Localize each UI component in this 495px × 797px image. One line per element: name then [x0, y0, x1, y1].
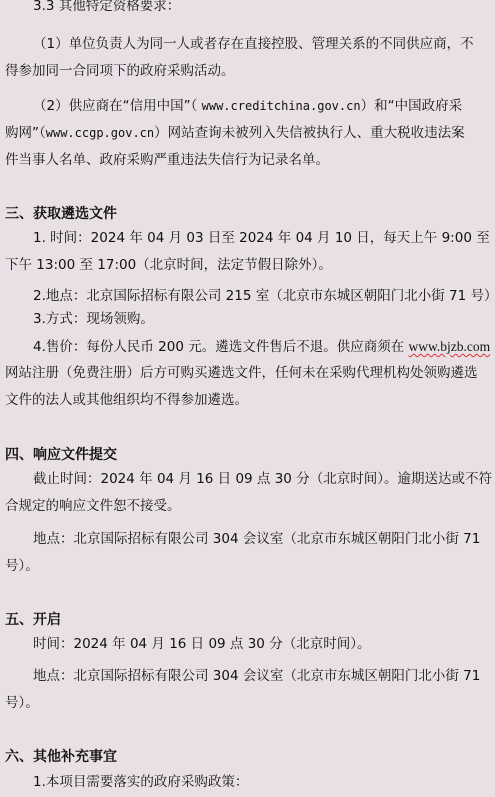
section-4-heading: 四、响应文件提交	[5, 446, 117, 464]
obtain-location: 2.地点：北京国际招标有限公司 215 室（北京市东城区朝阳门北小街 71 号）	[33, 287, 495, 305]
obtain-time-line-2: 下午 13:00 至 17:00（北京时间，法定节假日除外）。	[5, 256, 332, 274]
submission-location-line-1: 地点：北京国际招标有限公司 304 会议室（北京市东城区朝阳门北小街 71	[33, 530, 480, 548]
price-line-3: 文件的法人或其他组织均不得参加遴选。	[5, 391, 248, 409]
requirement-2-text-a: （2）供应商在“信用中国”（	[33, 98, 202, 114]
section-6-heading: 六、其他补充事宜	[5, 748, 117, 766]
submission-deadline-line-2: 合规定的响应文件恕不接受。	[5, 497, 181, 515]
opening-location-line-2: 号）。	[5, 694, 39, 712]
bjzb-url: www.bjzb.com	[409, 339, 491, 354]
section-3-3-title: 3.3 其他特定资格要求：	[33, 0, 180, 15]
creditchina-url: www.creditchina.gov.cn	[202, 99, 361, 113]
opening-location-line-1: 地点：北京国际招标有限公司 304 会议室（北京市东城区朝阳门北小街 71	[33, 667, 480, 685]
price-line-2: 网站注册（免费注册）后方可购买遴选文件，任何未在采购代理机构处领购遴选	[5, 364, 478, 382]
policy-item-1: 1.本项目需要落实的政府采购政策：	[33, 773, 248, 791]
ccgp-url: www.ccgp.gov.cn	[46, 126, 154, 140]
requirement-1-line-2: 得参加同一合同项下的政府采购活动。	[5, 62, 235, 80]
section-3-heading: 三、获取遴选文件	[5, 205, 117, 223]
requirement-2-text-d: ）网站查询未被列入失信被执行人、重大税收违法案	[154, 125, 465, 141]
requirement-1-line-1: （1）单位负责人为同一人或者存在直接控股、管理关系的不同供应商，不	[33, 35, 474, 53]
obtain-time-line-1: 1. 时间：2024 年 04 月 03 日至 2024 年 04 月 10 日…	[33, 229, 495, 247]
opening-time: 时间：2024 年 04 月 16 日 09 点 30 分（北京时间）。	[33, 635, 370, 653]
requirement-2-text-b: ）和“中国政府采	[361, 98, 463, 114]
section-5-heading: 五、开启	[5, 611, 61, 629]
requirement-2-line-2: 购网”（www.ccgp.gov.cn）网站查询未被列入失信被执行人、重大税收违…	[5, 124, 465, 142]
price-text: 4.售价：每份人民币 200 元。遴选文件售后不退。供应商须在	[33, 339, 409, 355]
submission-deadline-line-1: 截止时间：2024 年 04 月 16 日 09 点 30 分（北京时间）。逾期…	[33, 470, 492, 488]
requirement-2-text-c: 购网”（	[5, 125, 46, 141]
obtain-method: 3.方式：现场领购。	[33, 310, 154, 328]
submission-location-line-2: 号）。	[5, 557, 39, 575]
price-line-1: 4.售价：每份人民币 200 元。遴选文件售后不退。供应商须在 www.bjzb…	[33, 338, 490, 356]
requirement-2-line-3: 件当事人名单、政府采购严重违法失信行为记录名单。	[5, 151, 329, 169]
requirement-2-line-1: （2）供应商在“信用中国”（ www.creditchina.gov.cn）和“…	[33, 97, 462, 115]
